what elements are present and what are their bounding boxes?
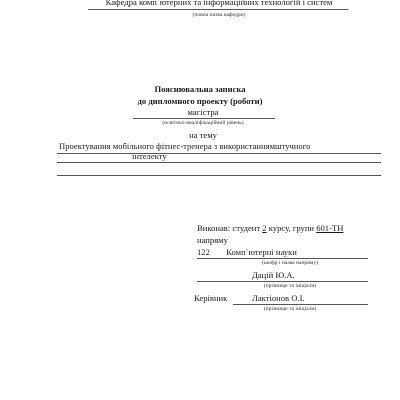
degree-underline <box>133 118 275 119</box>
document-subtitle: до дипломного проекту (роботи) <box>100 96 300 106</box>
department-name: Кафедра комп`ютерних та інформаційних те… <box>88 0 350 7</box>
student-caption: (прізвище та ініціали) <box>230 283 350 289</box>
course-number: 2 <box>262 223 266 233</box>
supervisor-underline <box>233 304 368 305</box>
topic-underline-2 <box>57 162 381 163</box>
direction-label: напряму <box>197 235 228 245</box>
department-underline <box>88 9 348 10</box>
topic-underline-3 <box>57 175 381 176</box>
direction-caption: (шифр і назва напряму) <box>230 260 350 266</box>
supervisor-label: Керівник <box>194 293 227 303</box>
topic-label: на тему <box>133 130 273 140</box>
supervisor-name: Лактіонов О.І. <box>252 293 305 303</box>
direction-name: Комп`ютерні науки <box>226 247 297 257</box>
performed-prefix: Виконав: студент <box>197 223 260 233</box>
student-name: Дацій Ю.А. <box>252 270 295 280</box>
degree-caption: (освітньо-кваліфікаційний рівень) <box>133 120 273 126</box>
direction-code: 122 <box>197 247 210 257</box>
topic-underline-1 <box>57 153 381 154</box>
degree-level: магістра <box>133 107 273 117</box>
department-caption: (повна назва кафедри) <box>88 12 350 18</box>
department-text: Кафедра комп`ютерних та інформаційних те… <box>106 0 333 7</box>
topic-line-1: Проектування мобільного фітнес-тренера з… <box>59 141 310 151</box>
topic-line-2: інтелекту <box>132 151 167 161</box>
document-title: Пояснювальна записка <box>100 84 300 94</box>
student-underline <box>197 281 368 282</box>
course-suffix: курсу, групи <box>269 223 314 233</box>
group-code: 601-ТН <box>316 223 343 233</box>
performed-by-line: Виконав: студент 2 курсу, групи 601-ТН <box>197 223 343 233</box>
direction-line: 122 Комп`ютерні науки <box>197 247 297 257</box>
direction-underline <box>197 258 368 259</box>
supervisor-caption: (прізвище та ініціали) <box>230 306 350 312</box>
